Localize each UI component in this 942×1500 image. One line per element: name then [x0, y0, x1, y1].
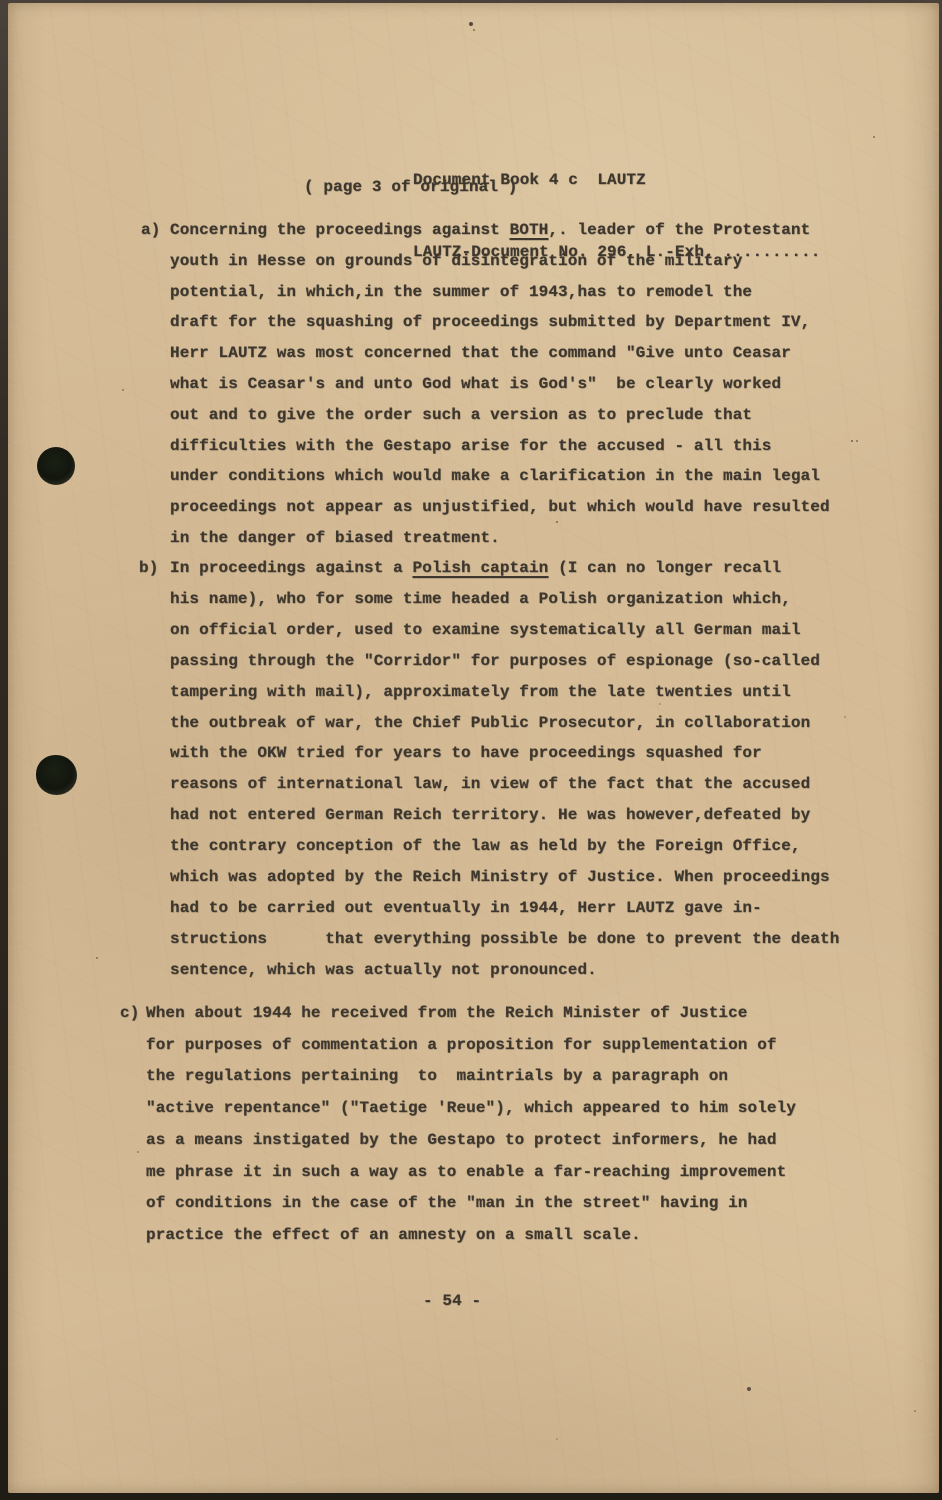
text-segment: (I can no longer recall [548, 559, 781, 577]
text-segment: draft for the squashing of proceedings s… [170, 313, 810, 331]
text-segment: as a means instigated by the Gestapo to … [146, 1131, 777, 1149]
text-segment: for purposes of commentation a propositi… [146, 1036, 777, 1054]
text-line: in the danger of biased treatment. [170, 523, 830, 554]
text-line: of conditions in the case of the "man in… [146, 1188, 796, 1220]
text-segment: what is Ceasar's and unto God what is Go… [170, 375, 781, 393]
text-line: passing through the "Corridor" for purpo… [170, 646, 839, 677]
text-segment: "active repentance" ("Taetige 'Reue"), w… [146, 1099, 796, 1117]
text-segment: Concerning the proceedings against [170, 221, 510, 239]
text-segment: difficulties with the Gestapo arise for … [170, 437, 772, 455]
paper-sheet: Document Book 4 c LAUTZ LAUTZ-Document N… [8, 3, 939, 1493]
page-note: ( page 3 of original ) [304, 175, 517, 199]
text-segment: out and to give the order such a version… [170, 406, 752, 424]
text-segment: In proceedings against a [170, 559, 413, 577]
text-line: what is Ceasar's and unto God what is Go… [170, 369, 830, 400]
text-segment: had to be carried out eventually in 1944… [170, 899, 762, 917]
text-line: Herr LAUTZ was most concerned that the c… [170, 338, 830, 369]
text-segment: in the danger of biased treatment. [170, 529, 500, 547]
paragraph-b-label: b) [139, 553, 158, 584]
text-line: his name), who for some time headed a Po… [170, 584, 839, 615]
text-segment: potential, in which,in the summer of 194… [170, 283, 752, 301]
text-line: on official order, used to examine syste… [170, 615, 839, 646]
text-segment: under conditions which would make a clar… [170, 467, 820, 485]
text-line: the regulations pertaining to maintrials… [146, 1061, 796, 1093]
text-line: the contrary conception of the law as he… [170, 831, 839, 862]
hole-punch-top [37, 447, 75, 485]
text-segment: his name), who for some time headed a Po… [170, 590, 791, 608]
text-line: potential, in which,in the summer of 194… [170, 277, 830, 308]
text-segment: Herr LAUTZ was most concerned that the c… [170, 344, 791, 362]
text-line: When about 1944 he received from the Rei… [146, 998, 796, 1030]
text-line: had not entered German Reich territory. … [170, 800, 839, 831]
scanned-document: Document Book 4 c LAUTZ LAUTZ-Document N… [0, 0, 942, 1500]
text-segment: youth in Hesse on grounds of disintegrat… [170, 252, 742, 270]
text-segment: with the OKW tried for years to have pro… [170, 744, 762, 762]
paragraph-a: a)Concerning the proceedings against BOT… [170, 215, 830, 554]
text-segment: the outbreak of war, the Chief Public Pr… [170, 714, 810, 732]
text-segment: ,. leader of the Protestant [548, 221, 810, 239]
text-line: under conditions which would make a clar… [170, 461, 830, 492]
paragraph-c: c)When about 1944 he received from the R… [146, 998, 796, 1252]
text-segment: proceedings not appear as unjustified, b… [170, 498, 830, 516]
paragraph-a-label: a) [141, 215, 160, 246]
text-segment: had not entered German Reich territory. … [170, 806, 810, 824]
text-segment: structions that everything possible be d… [170, 930, 839, 948]
text-segment: passing through the "Corridor" for purpo… [170, 652, 820, 670]
text-line: sentence, which was actually not pronoun… [170, 955, 839, 986]
text-line: for purposes of commentation a propositi… [146, 1030, 796, 1062]
text-line: reasons of international law, in view of… [170, 769, 839, 800]
text-line: difficulties with the Gestapo arise for … [170, 431, 830, 462]
text-line: tampering with mail), approximately from… [170, 677, 839, 708]
underlined-text: Polish captain [413, 559, 549, 577]
text-segment: the contrary conception of the law as he… [170, 837, 801, 855]
text-segment: sentence, which was actually not pronoun… [170, 961, 597, 979]
underlined-text: BOTH [510, 221, 549, 239]
text-line: In proceedings against a Polish captain … [170, 553, 839, 584]
text-line: as a means instigated by the Gestapo to … [146, 1125, 796, 1157]
text-line: had to be carried out eventually in 1944… [170, 893, 839, 924]
text-line: proceedings not appear as unjustified, b… [170, 492, 830, 523]
text-segment: the regulations pertaining to maintrials… [146, 1067, 728, 1085]
footer-page-number: - 54 - [423, 1289, 481, 1313]
text-segment: on official order, used to examine syste… [170, 621, 801, 639]
text-line: youth in Hesse on grounds of disintegrat… [170, 246, 830, 277]
text-segment: When about 1944 he received from the Rei… [146, 1004, 748, 1022]
text-segment: practice the effect of an amnesty on a s… [146, 1226, 641, 1244]
text-line: Concerning the proceedings against BOTH,… [170, 215, 830, 246]
text-segment: reasons of international law, in view of… [170, 775, 810, 793]
paragraph-b: b)In proceedings against a Polish captai… [170, 553, 839, 986]
text-line: "active repentance" ("Taetige 'Reue"), w… [146, 1093, 796, 1125]
text-line: draft for the squashing of proceedings s… [170, 307, 830, 338]
text-line: which was adopted by the Reich Ministry … [170, 862, 839, 893]
text-line: practice the effect of an amnesty on a s… [146, 1220, 796, 1252]
text-line: structions that everything possible be d… [170, 924, 839, 955]
paragraph-c-label: c) [120, 998, 139, 1030]
text-line: with the OKW tried for years to have pro… [170, 738, 839, 769]
text-line: the outbreak of war, the Chief Public Pr… [170, 708, 839, 739]
hole-punch-bottom [36, 755, 77, 795]
paper-speckles [8, 3, 10, 5]
text-line: me phrase it in such a way as to enable … [146, 1157, 796, 1189]
text-segment: of conditions in the case of the "man in… [146, 1194, 748, 1212]
text-line: out and to give the order such a version… [170, 400, 830, 431]
text-segment: tampering with mail), approximately from… [170, 683, 791, 701]
text-segment: which was adopted by the Reich Ministry … [170, 868, 830, 886]
text-segment: me phrase it in such a way as to enable … [146, 1163, 786, 1181]
